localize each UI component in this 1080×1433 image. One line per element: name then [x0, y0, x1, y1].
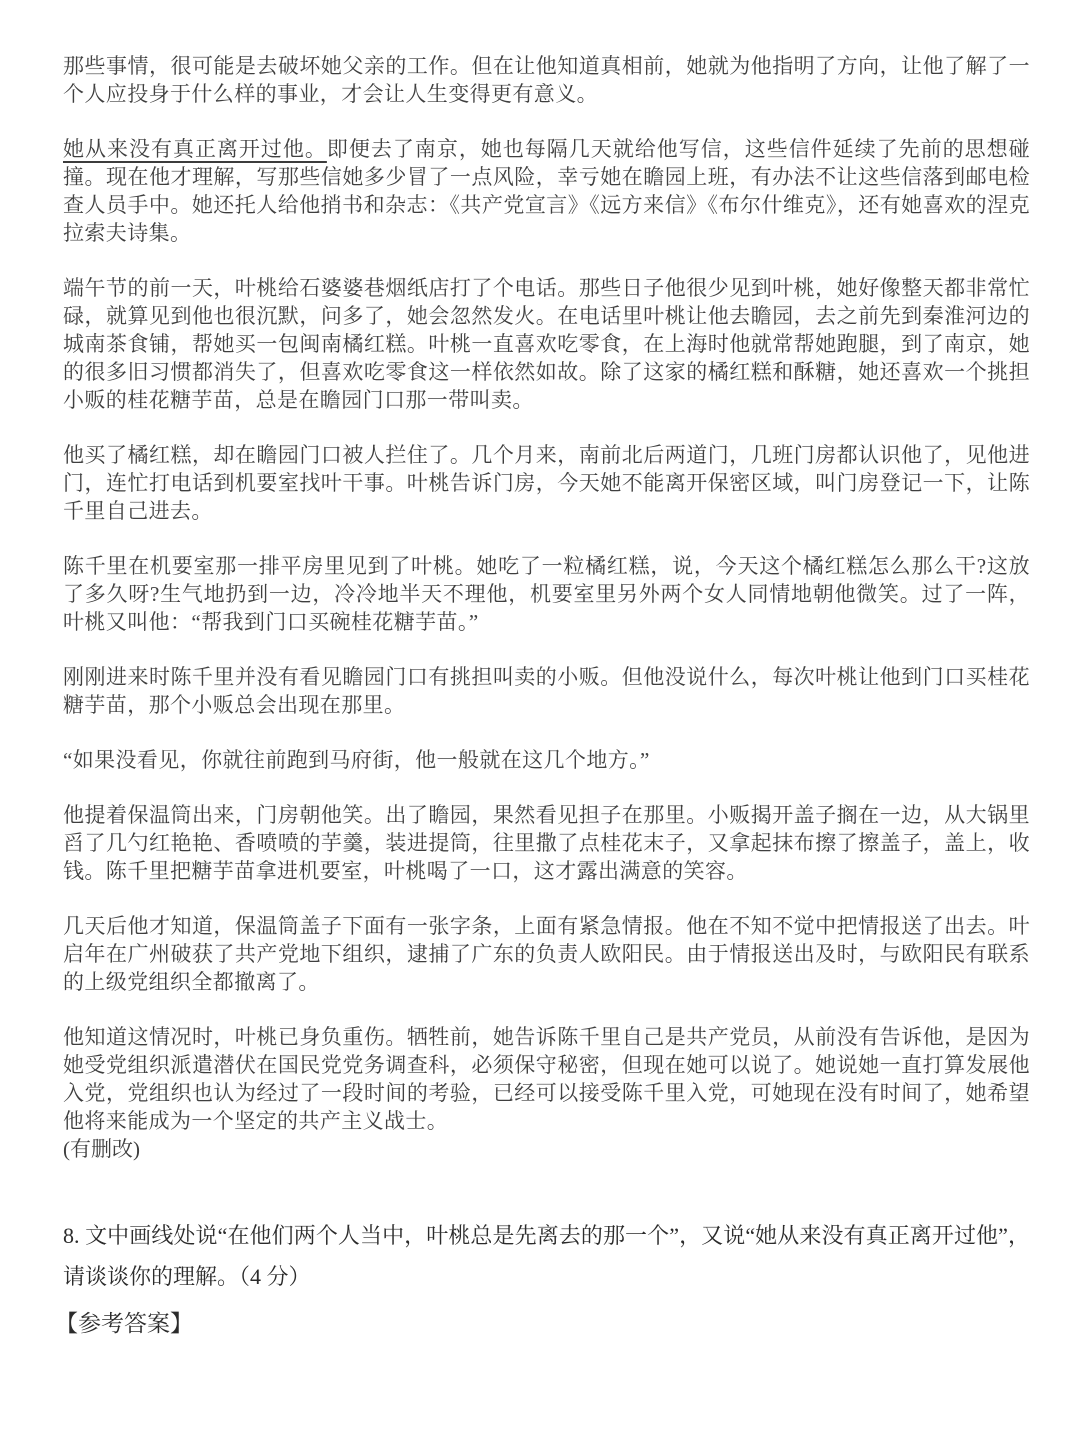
question-8: 8. 文中画线处说“在他们两个人当中，叶桃总是先离去的那一个”，又说“她从来没有…: [63, 1215, 1030, 1341]
passage-paragraph-dialogue: “如果没看见，你就往前跑到马府街，他一般就在这几个地方。”: [63, 746, 1030, 774]
passage-paragraph: 陈千里在机要室那一排平房里见到了叶桃。她吃了一粒橘红糕，说，今天这个橘红糕怎么那…: [63, 552, 1030, 636]
passage-paragraph: 端午节的前一天，叶桃给石婆婆巷烟纸店打了个电话。那些日子他很少见到叶桃，她好像整…: [63, 274, 1030, 414]
passage-paragraph: 他买了橘红糕，却在瞻园门口被人拦住了。几个月来，南前北后两道门，几班门房都认识他…: [63, 441, 1030, 525]
reference-answer-label: 【参考答案】: [55, 1307, 1030, 1341]
passage-paragraph: 他提着保温筒出来，门房朝他笑。出了瞻园，果然看见担子在那里。小贩揭开盖子搁在一边…: [63, 801, 1030, 885]
passage-paragraph: 那些事情，很可能是去破坏她父亲的工作。但在让他知道真相前，她就为他指明了方向，让…: [63, 52, 1030, 108]
source-note: (有删改): [63, 1135, 1030, 1163]
passage-paragraph: 几天后他才知道，保温筒盖子下面有一张字条，上面有紧急情报。他在不知不觉中把情报送…: [63, 912, 1030, 996]
passage-paragraph-with-underline: 她从来没有真正离开过他。即便去了南京，她也每隔几天就给他写信，这些信件延续了先前…: [63, 135, 1030, 247]
underlined-sentence: 她从来没有真正离开过他。: [63, 137, 327, 161]
question-text: 8. 文中画线处说“在他们两个人当中，叶桃总是先离去的那一个”，又说“她从来没有…: [63, 1215, 1030, 1297]
passage-paragraph: 他知道这情况时，叶桃已身负重伤。牺牲前，她告诉陈千里自己是共产党员，从前没有告诉…: [63, 1023, 1030, 1135]
document-page: 那些事情，很可能是去破坏她父亲的工作。但在让他知道真相前，她就为他指明了方向，让…: [0, 0, 1080, 1433]
passage-paragraph: 刚刚进来时陈千里并没有看见瞻园门口有挑担叫卖的小贩。但他没说什么，每次叶桃让他到…: [63, 663, 1030, 719]
reading-passage: 那些事情，很可能是去破坏她父亲的工作。但在让他知道真相前，她就为他指明了方向，让…: [63, 52, 1030, 1163]
